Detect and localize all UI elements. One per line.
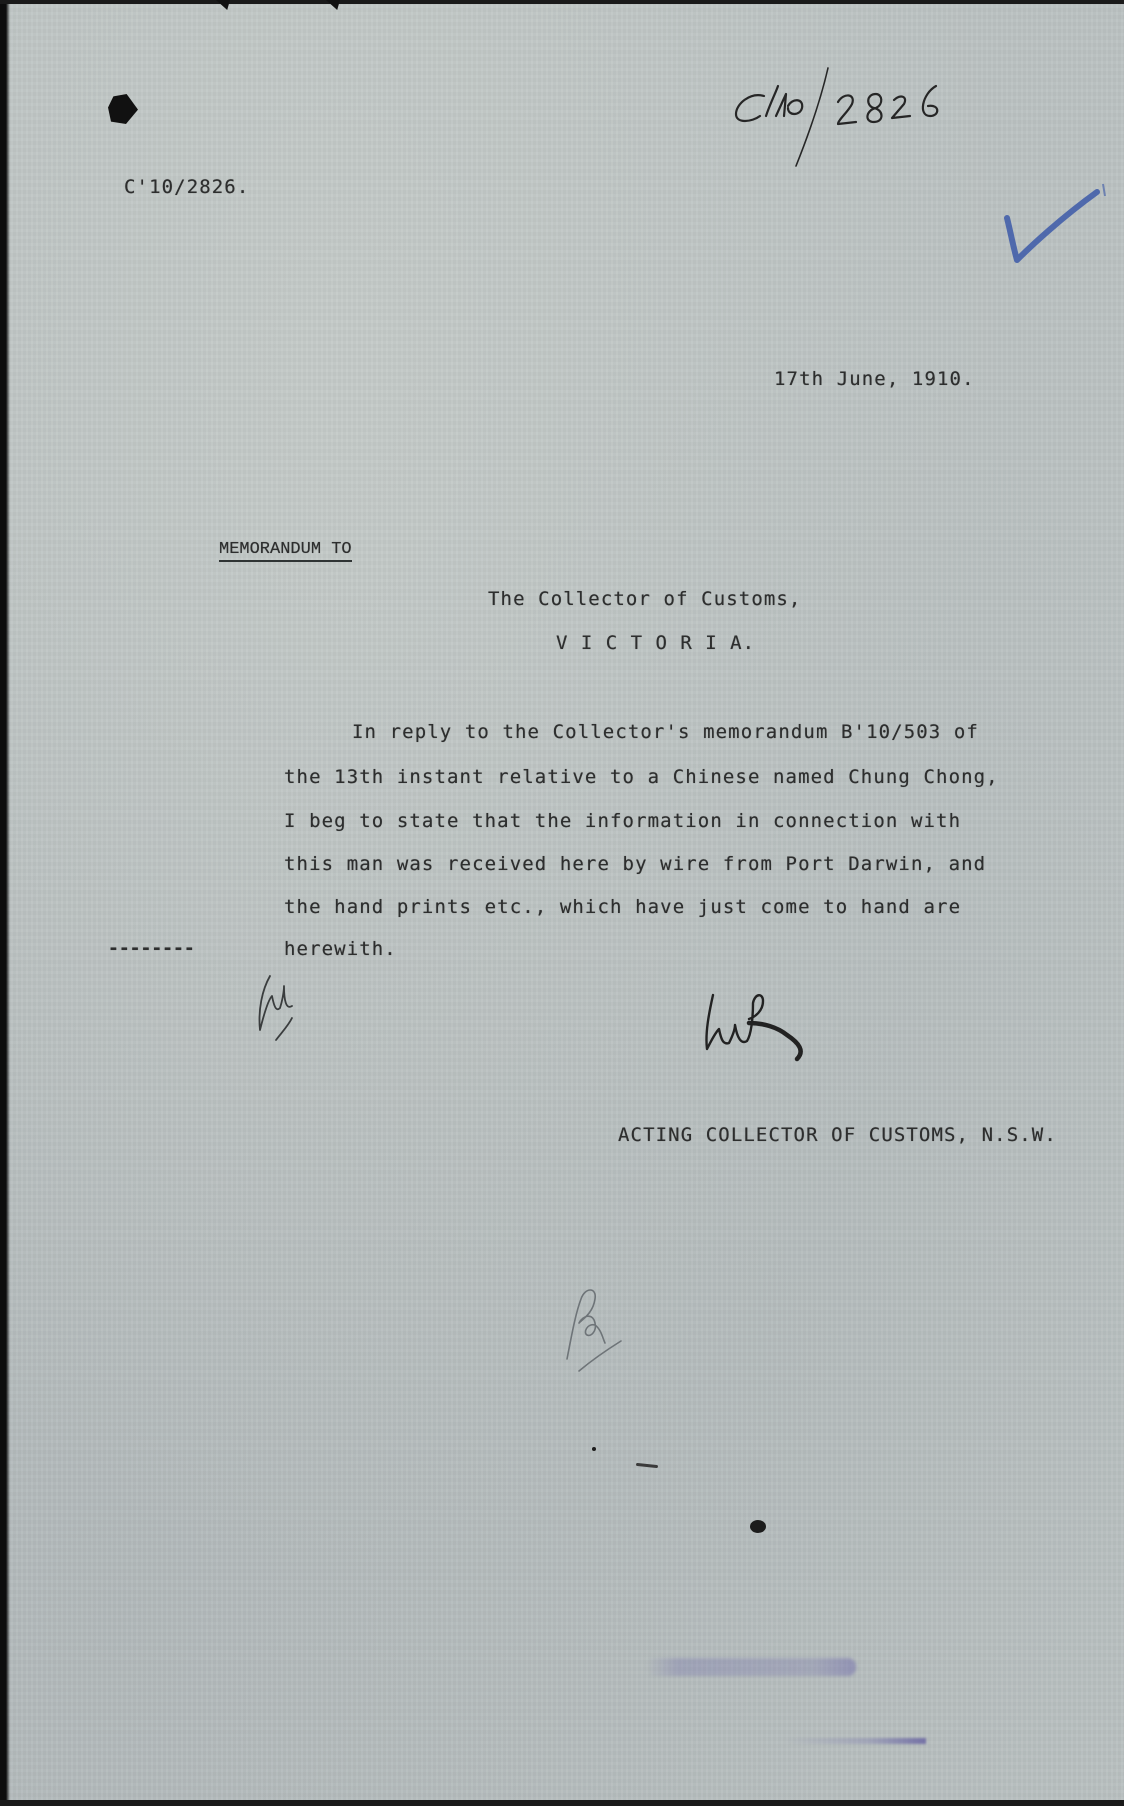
body-line: the 13th instant relative to a Chinese n…: [284, 766, 999, 788]
punch-hole: [108, 94, 138, 124]
body-line: the hand prints etc., which have just co…: [284, 896, 961, 918]
page-top-notch: [216, 0, 230, 10]
document-page: C'10/2826. 17th June, 1910. MEMORANDUM T…: [6, 4, 1124, 1800]
addressee-state: V I C T O R I A.: [556, 632, 755, 654]
ink-speck: [592, 1447, 596, 1451]
page-left-edge-shadow: [0, 4, 10, 1800]
file-reference-typed: C'10/2826.: [124, 176, 249, 198]
faint-stamp-impression: [646, 1658, 856, 1676]
handwritten-file-reference: [726, 64, 986, 174]
signature: [701, 989, 841, 1084]
body-line: In reply to the Collector's memorandum B…: [352, 721, 979, 743]
page-top-notch: [326, 0, 340, 10]
body-line: I beg to state that the information in c…: [284, 810, 961, 832]
faint-stamp-line: [786, 1738, 926, 1744]
addressee: The Collector of Customs,: [488, 588, 801, 610]
body-line: this man was received here by wire from …: [284, 853, 986, 875]
signatory-title: ACTING COLLECTOR OF CUSTOMS, N.S.W.: [618, 1124, 1057, 1146]
ink-mark: [636, 1463, 658, 1468]
handwritten-initials-left: [252, 970, 312, 1050]
ink-blot: [750, 1520, 766, 1533]
pencil-initials: [561, 1279, 641, 1374]
enclosure-marker: --------: [108, 938, 195, 959]
blue-check-mark: [1001, 174, 1111, 274]
body-line: herewith.: [284, 938, 397, 960]
memo-heading: MEMORANDUM TO: [219, 540, 352, 562]
memo-date: 17th June, 1910.: [774, 368, 975, 390]
